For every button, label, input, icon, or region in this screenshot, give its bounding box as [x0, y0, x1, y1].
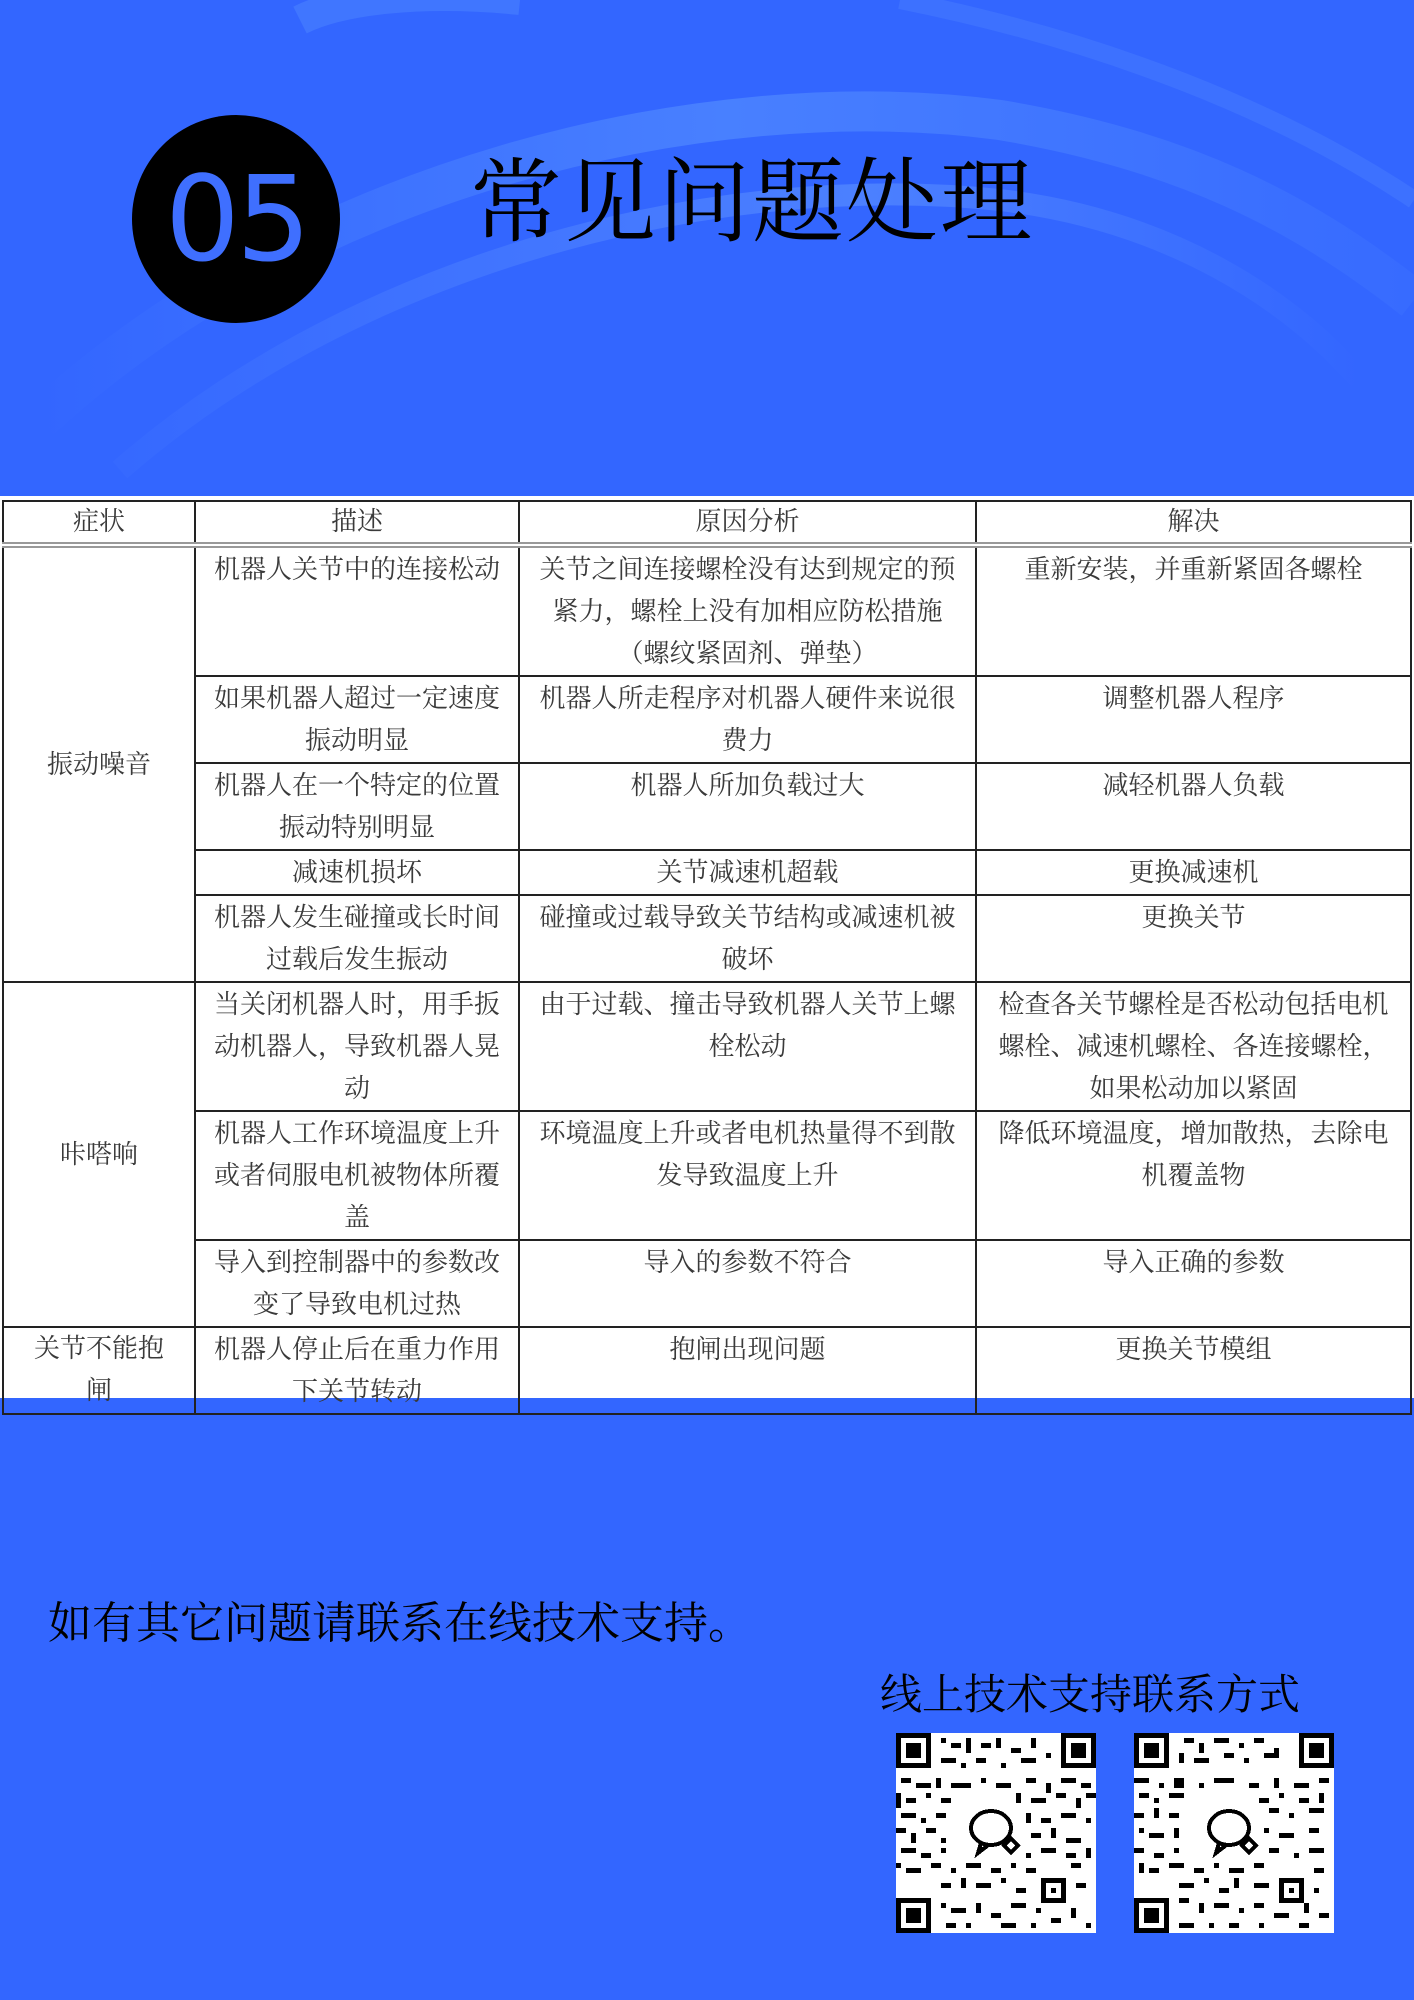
qr-code-1[interactable]	[896, 1733, 1096, 1933]
column-header-cause: 原因分析	[519, 501, 976, 545]
page-title: 常见问题处理	[470, 150, 1034, 256]
cause-cell: 关节之间连接螺栓没有达到规定的预紧力，螺栓上没有加相应防松措施（螺纹紧固剂、弹垫…	[519, 545, 976, 676]
troubleshooting-table-container: 症状 描述 原因分析 解决 振动噪音 机器人关节中的连接松动 关节之间连接螺栓没…	[0, 496, 1414, 1398]
cause-cell: 抱闸出现问题	[519, 1327, 976, 1414]
support-note: 如有其它问题请联系在线技术支持。	[48, 1598, 752, 1651]
symptom-cell: 咔嗒响	[3, 982, 195, 1327]
description-cell: 机器人停止后在重力作用下关节转动	[195, 1327, 519, 1414]
description-cell: 当关闭机器人时，用手扳动机器人，导致机器人晃动	[195, 982, 519, 1111]
table-row: 咔嗒响 当关闭机器人时，用手扳动机器人，导致机器人晃动 由于过载、撞击导致机器人…	[3, 982, 1411, 1111]
cause-cell: 碰撞或过载导致关节结构或减速机被破坏	[519, 895, 976, 982]
cause-cell: 机器人所走程序对机器人硬件来说很费力	[519, 676, 976, 763]
cause-cell: 环境温度上升或者电机热量得不到散发导致温度上升	[519, 1111, 976, 1240]
solution-cell: 重新安装，并重新紧固各螺栓	[976, 545, 1411, 676]
solution-cell: 调整机器人程序	[976, 676, 1411, 763]
solution-cell: 降低环境温度，增加散热，去除电机覆盖物	[976, 1111, 1411, 1240]
solution-cell: 更换关节模组	[976, 1327, 1411, 1414]
table-row: 减速机损坏 关节减速机超载 更换减速机	[3, 850, 1411, 895]
table-row: 关节不能抱闸 机器人停止后在重力作用下关节转动 抱闸出现问题 更换关节模组	[3, 1327, 1411, 1414]
column-header-solution: 解决	[976, 501, 1411, 545]
cause-cell: 导入的参数不符合	[519, 1240, 976, 1327]
table-row: 机器人发生碰撞或长时间过载后发生振动 碰撞或过载导致关节结构或减速机被破坏 更换…	[3, 895, 1411, 982]
solution-cell: 导入正确的参数	[976, 1240, 1411, 1327]
description-cell: 机器人发生碰撞或长时间过载后发生振动	[195, 895, 519, 982]
description-cell: 减速机损坏	[195, 850, 519, 895]
section-number-badge: 05	[132, 115, 340, 323]
description-cell: 机器人关节中的连接松动	[195, 545, 519, 676]
section-number: 05	[165, 160, 307, 278]
solution-cell: 更换减速机	[976, 850, 1411, 895]
column-header-symptom: 症状	[3, 501, 195, 545]
symptom-cell: 振动噪音	[3, 545, 195, 982]
table-row: 机器人在一个特定的位置振动特别明显 机器人所加负载过大 减轻机器人负载	[3, 763, 1411, 850]
cause-cell: 机器人所加负载过大	[519, 763, 976, 850]
table-row: 导入到控制器中的参数改变了导致电机过热 导入的参数不符合 导入正确的参数	[3, 1240, 1411, 1327]
table-row: 振动噪音 机器人关节中的连接松动 关节之间连接螺栓没有达到规定的预紧力，螺栓上没…	[3, 545, 1411, 676]
description-cell: 机器人工作环境温度上升或者伺服电机被物体所覆盖	[195, 1111, 519, 1240]
solution-cell: 检查各关节螺栓是否松动包括电机螺栓、减速机螺栓、各连接螺栓，如果松动加以紧固	[976, 982, 1411, 1111]
contact-title: 线上技术支持联系方式	[880, 1670, 1300, 1720]
solution-cell: 减轻机器人负载	[976, 763, 1411, 850]
table-row: 机器人工作环境温度上升或者伺服电机被物体所覆盖 环境温度上升或者电机热量得不到散…	[3, 1111, 1411, 1240]
solution-cell: 更换关节	[976, 895, 1411, 982]
cause-cell: 关节减速机超载	[519, 850, 976, 895]
cause-cell: 由于过载、撞击导致机器人关节上螺栓松动	[519, 982, 976, 1111]
description-cell: 机器人在一个特定的位置振动特别明显	[195, 763, 519, 850]
table-header-row: 症状 描述 原因分析 解决	[3, 501, 1411, 545]
qr-code-2[interactable]	[1134, 1733, 1334, 1933]
description-cell: 导入到控制器中的参数改变了导致电机过热	[195, 1240, 519, 1327]
column-header-description: 描述	[195, 501, 519, 545]
symptom-cell: 关节不能抱闸	[3, 1327, 195, 1414]
table-row: 如果机器人超过一定速度振动明显 机器人所走程序对机器人硬件来说很费力 调整机器人…	[3, 676, 1411, 763]
troubleshooting-table: 症状 描述 原因分析 解决 振动噪音 机器人关节中的连接松动 关节之间连接螺栓没…	[2, 500, 1412, 1415]
description-cell: 如果机器人超过一定速度振动明显	[195, 676, 519, 763]
